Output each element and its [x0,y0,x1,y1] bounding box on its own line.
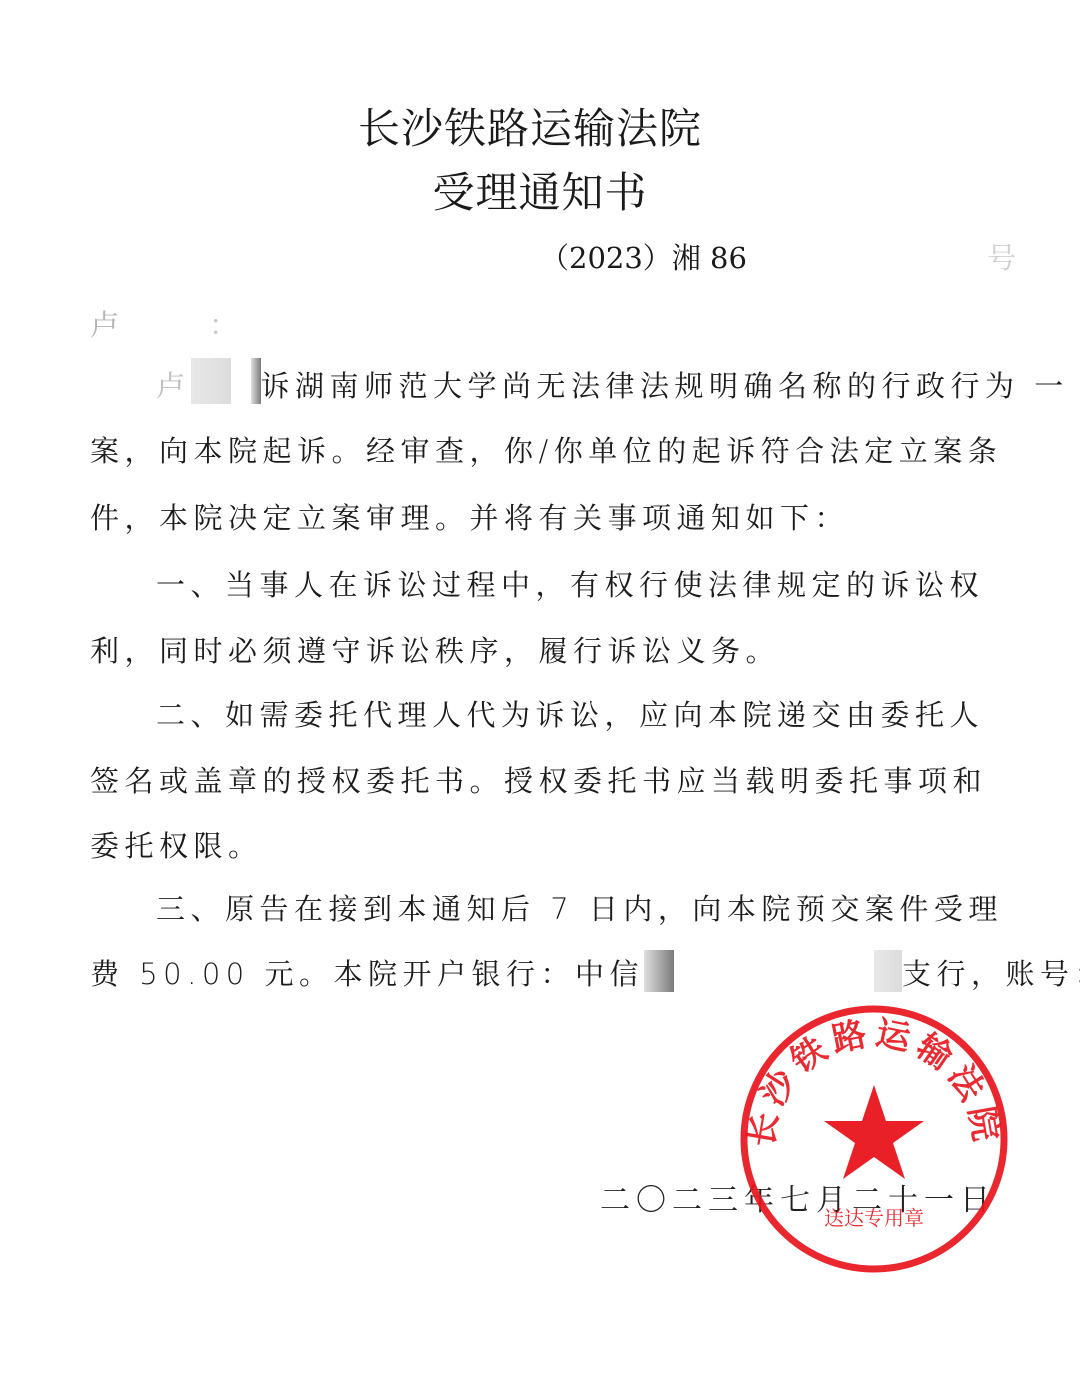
paragraph-text: 支行，账号： [902,957,1080,991]
document-title: 受理通知书 [0,160,1080,220]
paragraph-1-line-3: 件，本院决定立案审理。并将有关事项通知如下： [90,496,849,537]
paragraph-3-line-2: 签名或盖章的授权委托书。授权委托书应当载明委托事项和 [90,759,987,800]
paragraph-4-line-1: 三、原告在接到本通知后 7 日内，向本院预交案件受理 [90,887,1003,928]
case-number: （2023）湘 86号 [540,236,1016,277]
seal-bottom-text: 送达专用章 [824,1206,924,1230]
court-name-title: 长沙铁路运输法院 [0,96,1070,156]
court-seal-stamp: 长沙铁路运输法院 送达专用章 [738,1003,1010,1275]
paragraph-text: 费 50.00 元。本院开户银行：中信 [90,957,644,991]
paragraph-2-line-1: 一、当事人在诉讼过程中，有权行使法律规定的诉讼权 [90,563,984,604]
paragraph-4-line-2: 费 50.00 元。本院开户银行：中信支行，账号： [90,952,1080,993]
paragraph-1-line-1: 卢诉湖南师范大学尚无法律法规明确名称的行政行为 一 [90,364,1069,405]
addressee-name: 卢 [90,308,119,342]
redacted-region [191,358,231,404]
plaintiff-name: 卢 [156,369,191,403]
addressee-colon: ： [209,308,238,342]
paragraph-text: 诉湖南师范大学尚无法律法规明确名称的行政行为 一 [261,369,1069,403]
redacted-region [644,950,674,992]
paragraph-1-line-2: 案，向本院起诉。经审查，你/你单位的起诉符合法定立案条 [90,429,1002,470]
redacted-region [874,950,902,992]
paragraph-2-line-2: 利，同时必须遵守诉讼秩序，履行诉讼义务。 [90,629,780,670]
paragraph-3-line-3: 委托权限。 [90,824,263,865]
addressee: 卢： [90,303,238,344]
paragraph-3-line-1: 二、如需委托代理人代为诉讼，应向本院递交由委托人 [90,693,984,734]
redacted-region [251,358,261,404]
case-number-prefix: （2023）湘 86 [540,241,747,275]
star-icon [824,1085,924,1179]
case-number-suffix: 号 [987,241,1016,275]
